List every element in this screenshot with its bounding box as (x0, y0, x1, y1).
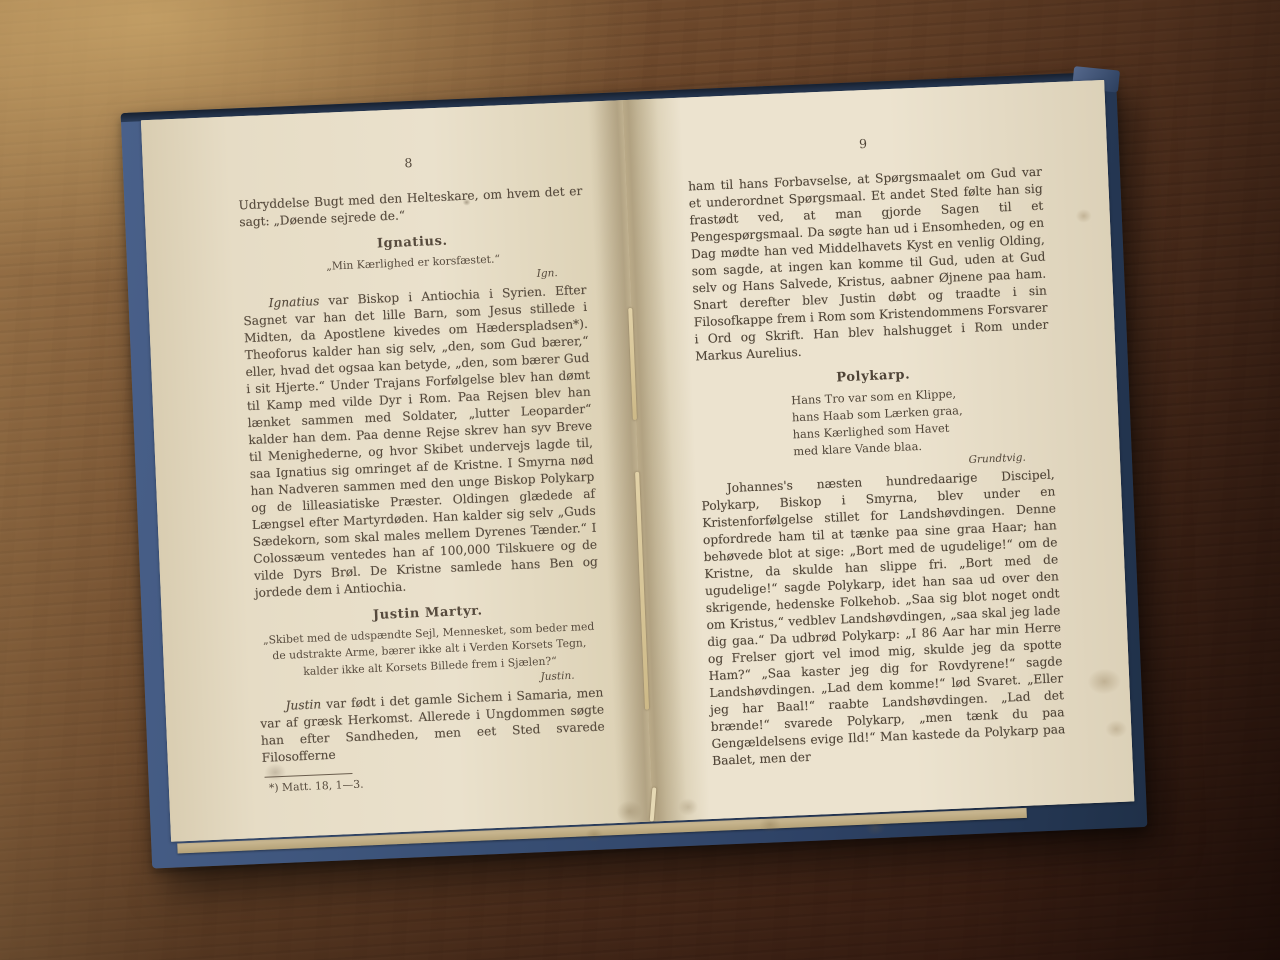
open-book: 8 Udryddelse Bugt med den Helteskare, om… (121, 71, 1148, 868)
polykarp-verse-line-4: med klare Vande blaa. (793, 439, 922, 458)
left-page-text-column: 8 Udryddelse Bugt med den Helteskare, om… (235, 102, 609, 838)
footnote-text: *) Matt. 18, 1—3. (269, 767, 607, 794)
polykarp-verse-line-3: hans Kærlighed som Havet (792, 421, 949, 442)
left-page-number: 8 (235, 102, 581, 177)
justin-paragraph: Justin var født i det gamle Sichem i Sam… (259, 684, 606, 766)
left-intro-paragraph: Udryddelse Bugt med den Helteskare, om h… (238, 183, 583, 231)
right-page-text-column: 9 ham til hans Forbavselse, at Spørgsmaa… (684, 83, 1068, 819)
right-page: 9 ham til hans Forbavselse, at Spørgsmaa… (623, 80, 1135, 822)
right-intro-paragraph: ham til hans Forbavselse, at Spørgsmaale… (688, 164, 1050, 366)
ignatius-paragraph-rest: var Biskop i Antiochia i Syrien. Efter S… (243, 282, 598, 599)
polykarp-paragraph: Johannes's næsten hundredaarige Discipel… (701, 466, 1067, 770)
ignatius-paragraph-lead: Ignatius (268, 294, 319, 310)
footnote-rule (265, 773, 353, 778)
left-page: 8 Udryddelse Bugt med den Helteskare, om… (141, 100, 653, 842)
ignatius-paragraph: Ignatius var Biskop i Antiochia i Syrien… (242, 281, 599, 601)
justin-paragraph-lead: Justin (285, 697, 321, 712)
page-spread: 8 Udryddelse Bugt med den Helteskare, om… (141, 80, 1134, 842)
polykarp-verse: Hans Tro var som en Klippe, hans Haab so… (791, 381, 1054, 460)
